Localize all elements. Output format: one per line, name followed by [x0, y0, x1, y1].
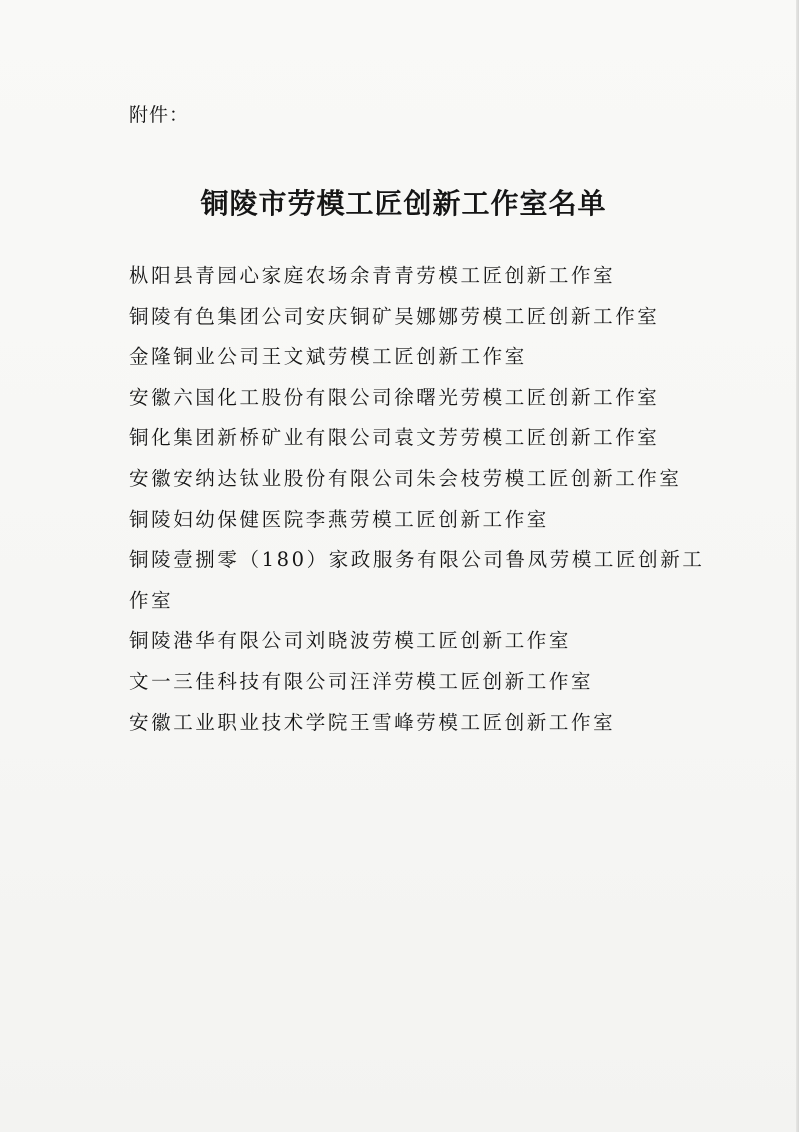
attachment-label: 附件： — [129, 100, 189, 127]
list-item: 安徽工业职业技术学院王雪峰劳模工匠创新工作室 — [129, 703, 709, 744]
list-item: 铜陵有色集团公司安庆铜矿吴娜娜劳模工匠创新工作室 — [129, 297, 709, 338]
document-title: 铜陵市劳模工匠创新工作室名单 — [0, 182, 799, 222]
list-item: 铜陵妇幼保健医院李燕劳模工匠创新工作室 — [129, 500, 709, 541]
list-item: 枞阳县青园心家庭农场余青青劳模工匠创新工作室 — [129, 256, 709, 297]
list-item: 安徽六国化工股份有限公司徐曙光劳模工匠创新工作室 — [129, 378, 709, 419]
list-item: 文一三佳科技有限公司汪洋劳模工匠创新工作室 — [129, 662, 709, 703]
list-item: 铜陵壹捌零（180）家政服务有限公司鲁凤劳模工匠创新工作室 — [129, 540, 709, 621]
list-item: 铜陵港华有限公司刘晓波劳模工匠创新工作室 — [129, 621, 709, 662]
list-item: 安徽安纳达钛业股份有限公司朱会枝劳模工匠创新工作室 — [129, 459, 709, 500]
scanned-page: 附件： 铜陵市劳模工匠创新工作室名单 枞阳县青园心家庭农场余青青劳模工匠创新工作… — [0, 0, 799, 1132]
list-item: 铜化集团新桥矿业有限公司袁文芳劳模工匠创新工作室 — [129, 418, 709, 459]
list-item: 金隆铜业公司王文斌劳模工匠创新工作室 — [129, 337, 709, 378]
studio-list: 枞阳县青园心家庭农场余青青劳模工匠创新工作室 铜陵有色集团公司安庆铜矿吴娜娜劳模… — [129, 256, 709, 743]
